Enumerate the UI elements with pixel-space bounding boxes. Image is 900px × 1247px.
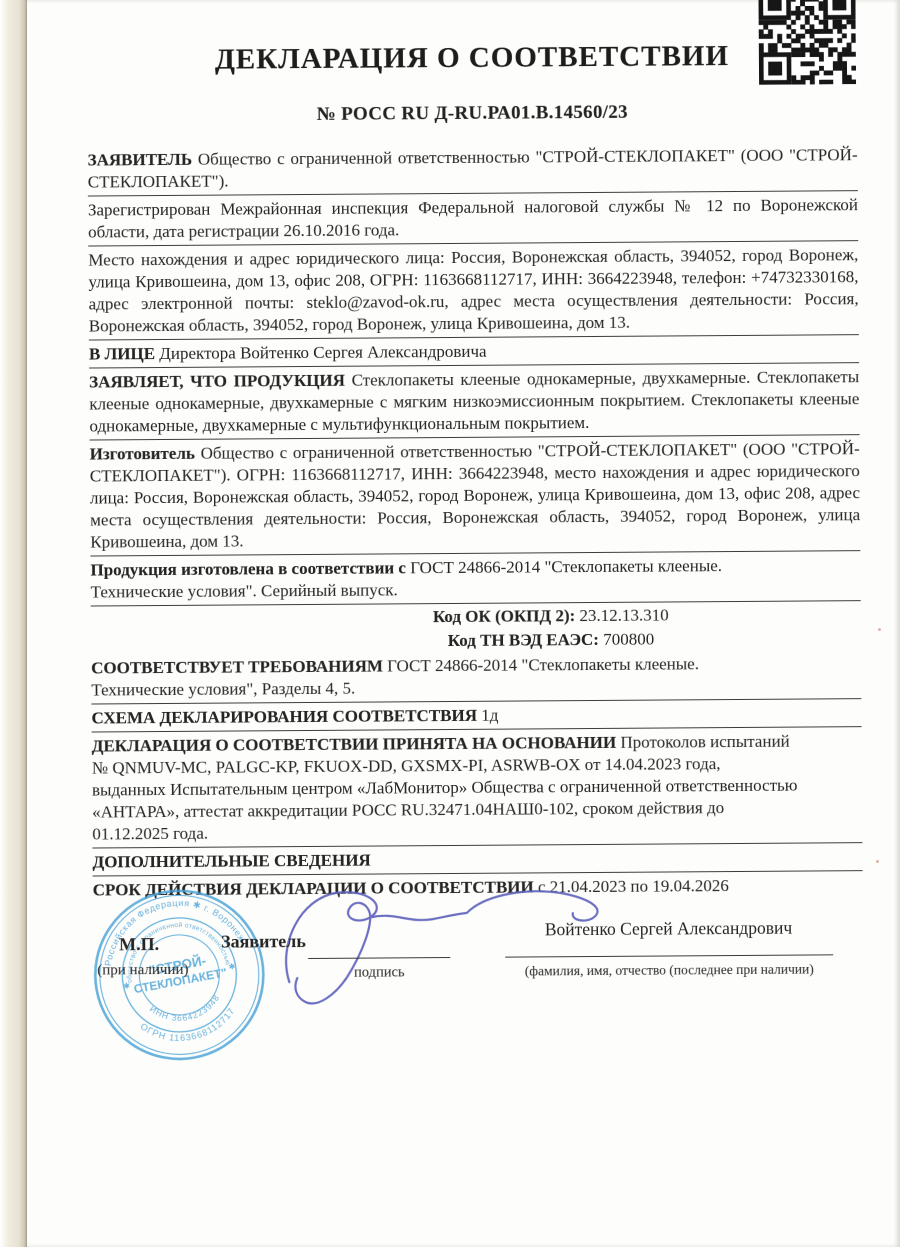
legal-address-text: Место нахождения и адрес юридического ли…: [88, 245, 858, 335]
complies-label: СООТВЕТСТВУЕТ ТРЕБОВАНИЯМ: [91, 656, 383, 677]
section-additional-info: ДОПОЛНИТЕЛЬНЫЕ СВЕДЕНИЯ: [92, 845, 862, 876]
document-sheet: ДЕКЛАРАЦИЯ О СООТВЕТСТВИИ № РОСС RU Д-RU…: [0, 0, 900, 1247]
document-title: ДЕКЛАРАЦИЯ О СООТВЕТСТВИИ: [87, 39, 857, 77]
registration-text: Зарегистрирован Межрайонная инспекция Фе…: [88, 195, 858, 241]
signature-block: Российская Федерация ✱ г. Воронеж общест…: [93, 914, 864, 1079]
section-applicant: ЗАЯВИТЕЛЬ Общество с ограниченной ответс…: [88, 143, 858, 196]
section-declares-product: ЗАЯВЛЯЕТ, ЧТО ПРОДУКЦИЯ Стеклопакеты кле…: [89, 365, 859, 440]
applicant-signer-label: Заявитель: [221, 930, 306, 953]
section-complies: СООТВЕТСТВУЕТ ТРЕБОВАНИЯМ ГОСТ 24866-201…: [91, 651, 861, 704]
stamp-place-note: (при наличии): [97, 959, 188, 982]
code-tn-label: Код ТН ВЭД ЕАЭС:: [448, 630, 599, 650]
code-ok-label: Код ОК (ОКПД 2):: [433, 606, 575, 626]
in-person-text: Директора Войтенко Сергея Александровича: [159, 342, 486, 363]
stamp-place-label: М.П.: [119, 933, 159, 955]
section-manufacturer: Изготовитель Общество с ограниченной отв…: [90, 437, 861, 556]
declaration-number: № РОСС RU Д-RU.РА01.В.14560/23: [87, 100, 857, 127]
scheme-label: СХЕМА ДЕКЛАРИРОВАНИЯ СООТВЕТСТВИЯ: [91, 706, 477, 728]
handwritten-signature: [271, 880, 652, 1013]
section-registration: Зарегистрирован Межрайонная инспекция Фе…: [88, 193, 858, 246]
document-body: ЗАЯВИТЕЛЬ Общество с ограниченной ответс…: [88, 143, 864, 1079]
code-tn-line: Код ТН ВЭД ЕАЭС: 700800: [91, 627, 861, 654]
scheme-value: 1д: [481, 706, 498, 725]
manufacturer-label: Изготовитель: [90, 444, 195, 464]
section-basis: ДЕКЛАРАЦИЯ О СООТВЕТСТВИИ ПРИНЯТА НА ОСН…: [92, 729, 863, 848]
section-in-person: В ЛИЦЕ Директора Войтенко Сергея Алексан…: [89, 337, 859, 368]
basis-label: ДЕКЛАРАЦИЯ О СООТВЕТСТВИИ ПРИНЯТА НА ОСН…: [92, 733, 617, 756]
in-person-label: В ЛИЦЕ: [89, 344, 155, 363]
code-tn-value: 700800: [603, 630, 654, 649]
additional-info-label: ДОПОЛНИТЕЛЬНЫЕ СВЕДЕНИЯ: [92, 851, 370, 872]
section-legal-address: Место нахождения и адрес юридического ли…: [88, 243, 859, 340]
manufacturer-text: Общество с ограниченной ответственностью…: [90, 439, 860, 551]
full-name-caption: (фамилия, имя, отчество (последнее при н…: [505, 958, 833, 982]
signer-full-name: Войтенко Сергей Александрович: [511, 916, 826, 940]
document-content: ДЕКЛАРАЦИЯ О СООТВЕТСТВИИ № РОСС RU Д-RU…: [87, 39, 864, 1079]
applicant-label: ЗАЯВИТЕЛЬ: [88, 150, 193, 170]
code-ok-value: 23.12.13.310: [579, 605, 668, 625]
produced-per-label: Продукция изготовлена в соответствии с: [90, 558, 406, 579]
code-ok-line: Код ОК (ОКПД 2): 23.12.13.310: [91, 603, 861, 630]
declares-label: ЗАЯВЛЯЕТ, ЧТО ПРОДУКЦИЯ: [89, 371, 345, 392]
applicant-text: Общество с ограниченной ответственностью…: [88, 145, 858, 191]
signature-caption: подпись: [308, 961, 450, 984]
section-scheme: СХЕМА ДЕКЛАРИРОВАНИЯ СООТВЕТСТВИЯ 1д: [91, 701, 861, 732]
section-produced-per: Продукция изготовлена в соответствии с Г…: [90, 553, 860, 606]
